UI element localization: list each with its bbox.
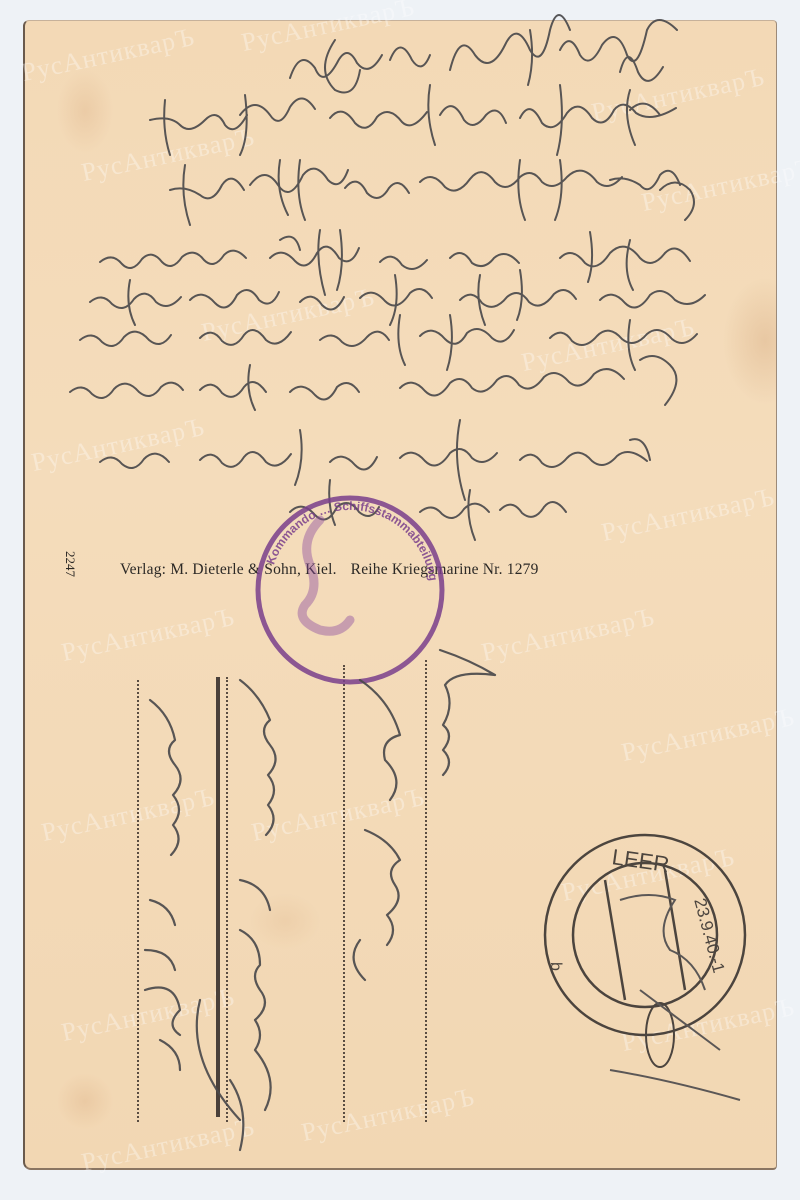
address-line	[226, 677, 228, 1122]
card-number: 2247	[62, 551, 78, 577]
series-number: Reihe Kriegsmarine Nr. 1279	[351, 561, 539, 578]
publisher-imprint: Verlag: M. Dieterle & Sohn, Kiel.Reihe K…	[120, 561, 539, 579]
publisher-name: Verlag: M. Dieterle & Sohn, Kiel.	[120, 561, 337, 578]
address-line	[137, 680, 139, 1122]
address-line	[343, 665, 345, 1122]
address-line	[425, 660, 427, 1122]
address-divider-line	[216, 677, 220, 1117]
